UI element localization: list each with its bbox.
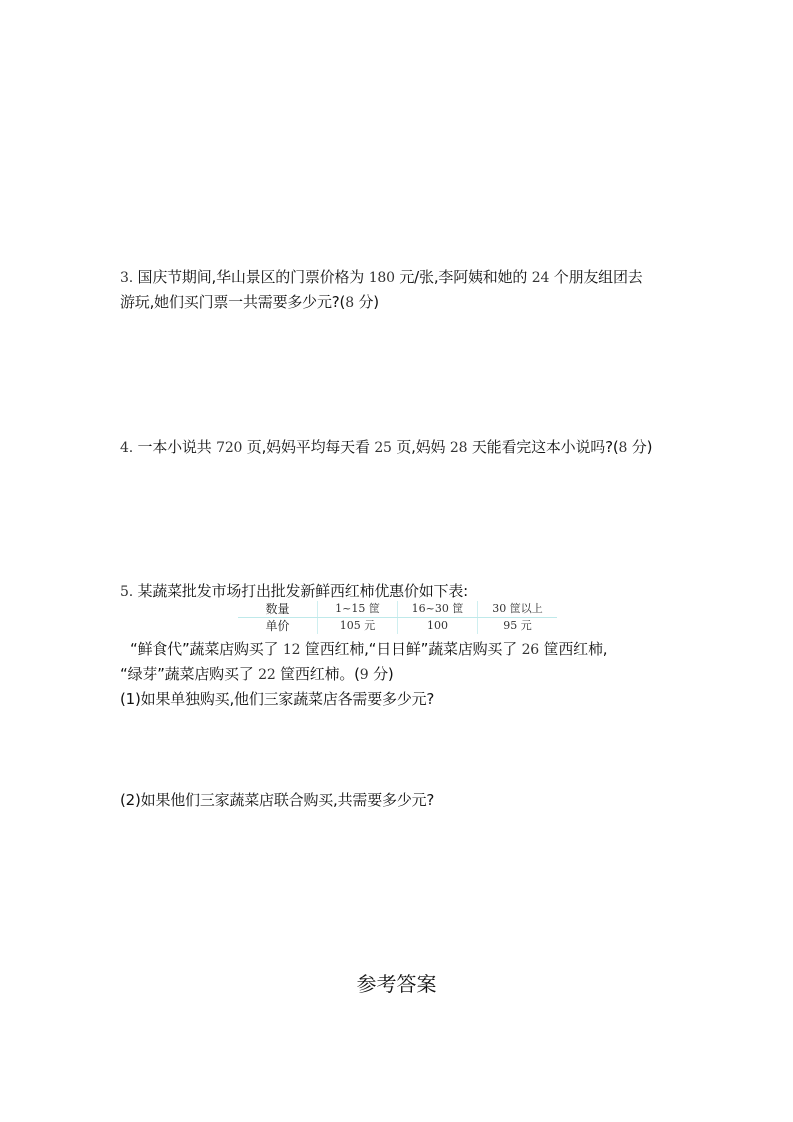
question-4: 4. 一本小说共 720 页,妈妈平均每天看 25 页,妈妈 28 天能看完这本… bbox=[120, 435, 690, 460]
table-cell-price-2: 100 bbox=[398, 618, 478, 635]
question-5-body-line-1: “鲜食代”蔬菜店购买了 12 筐西红柿,“日日鲜”蔬菜店购买了 26 筐西红柿, bbox=[120, 637, 690, 662]
price-table-header-row: 数量 1~15 筐 16~30 筐 30 筐以上 bbox=[238, 601, 557, 618]
price-table: 数量 1~15 筐 16~30 筐 30 筐以上 单价 105 元 100 95… bbox=[238, 601, 557, 634]
question-3-line-1: 3. 国庆节期间,华山景区的门票价格为 180 元/张,李阿姨和她的 24 个朋… bbox=[120, 265, 690, 290]
table-cell-quantity-label: 数量 bbox=[238, 601, 318, 618]
table-cell-price-3: 95 元 bbox=[478, 618, 558, 635]
answers-section-title: 参考答案 bbox=[0, 970, 793, 998]
table-cell-range-2: 16~30 筐 bbox=[398, 601, 478, 618]
question-5-body-line-2: “绿芽”蔬菜店购买了 22 筐西红柿。(9 分) bbox=[120, 662, 690, 687]
question-5-sub-1: (1)如果单独购买,他们三家蔬菜店各需要多少元? bbox=[120, 687, 690, 711]
table-cell-range-3: 30 筐以上 bbox=[478, 601, 558, 618]
price-table-price-row: 单价 105 元 100 95 元 bbox=[238, 618, 557, 635]
table-cell-unit-price-label: 单价 bbox=[238, 618, 318, 635]
question-5-body: “鲜食代”蔬菜店购买了 12 筐西红柿,“日日鲜”蔬菜店购买了 26 筐西红柿,… bbox=[120, 637, 690, 711]
table-cell-range-1: 1~15 筐 bbox=[318, 601, 398, 618]
question-5-sub-2: (2)如果他们三家蔬菜店联合购买,共需要多少元? bbox=[120, 788, 434, 812]
question-3-line-2: 游玩,她们买门票一共需要多少元?(8 分) bbox=[120, 290, 690, 315]
question-3: 3. 国庆节期间,华山景区的门票价格为 180 元/张,李阿姨和她的 24 个朋… bbox=[120, 265, 690, 315]
table-cell-price-1: 105 元 bbox=[318, 618, 398, 635]
